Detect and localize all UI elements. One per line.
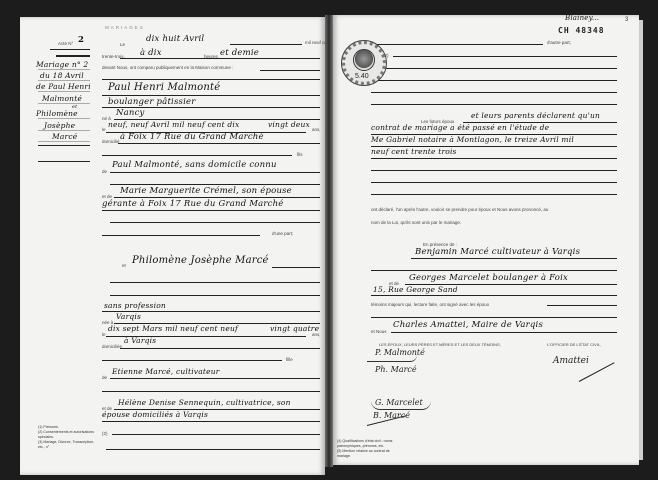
marianne-seal-icon (353, 49, 375, 71)
reference-stamp: CH 48348 (558, 26, 605, 35)
tax-stamp: 5.40 (341, 40, 387, 86)
acte-number: 2 (78, 35, 84, 45)
acte-label: Acte N° (58, 41, 73, 46)
signature-officer: Amattei (553, 356, 589, 366)
mayor-name: Charles Amattei, Maire de Varqis (393, 320, 543, 330)
bride-birthdate: dix sept Mars mil neuf cent neuf (108, 324, 238, 333)
contract-line-3: Me Gabriel notaire à Montlagon, le treiz… (371, 135, 574, 144)
contract-line-1: et leurs parents déclarent qu'un (471, 111, 600, 120)
groom-address: à Foix 17 Rue du Grand Marché (120, 132, 264, 142)
groom-mother-detail: gérante à Foix 17 Rue du Grand Marché (102, 199, 284, 209)
left-page: MARIAGES Acte N° 2 Mariage n° 2 du 18 Av… (20, 17, 325, 475)
bride-name: Philomène Josèphe Marcé (132, 255, 269, 266)
witness-2-address: 15, Rue George Sand (373, 285, 458, 294)
bride-birthplace: Varqis (116, 312, 141, 321)
contract-line-2: contrat de mariage a été passé en l'étud… (371, 123, 549, 132)
date-day-month: dix huit Avril (146, 34, 204, 44)
witness-1: Benjamin Marcé cultivateur à Varqis (415, 247, 580, 257)
witness-2: Georges Marcelet boulanger à Foix (409, 273, 568, 283)
groom-birthplace: Nancy (116, 108, 145, 118)
footnotes-left: (1) Prénoms. (2) Consentements et autori… (38, 425, 98, 450)
bride-mother: Hélène Denise Sennequin, cultivatrice, s… (118, 398, 291, 407)
bride-mother-detail: épouse domiciliés à Varqis (102, 410, 208, 419)
archive-note: Blainey... (565, 15, 599, 22)
bride-profession: sans profession (104, 301, 166, 310)
bride-father: Etienne Marcé, cultivateur (112, 367, 220, 376)
book-gutter (325, 15, 333, 467)
groom-father: Paul Malmonté, sans domicile connu (112, 160, 277, 170)
groom-mother: Marie Marguerite Crémel, son épouse (120, 186, 292, 196)
signature-bride: Ph. Marcé (375, 365, 417, 374)
bride-address: à Varqis (124, 336, 156, 345)
right-page: Blainey... 3 CH 48348 d'autre part; (2) … (333, 15, 639, 465)
groom-age: vingt deux (268, 120, 310, 129)
page-edge (639, 20, 643, 460)
contract-line-4: neuf cent trente trois (371, 147, 457, 156)
footnotes-right: (4) Qualifications d'état civil : noms p… (337, 439, 397, 459)
signatures-heading-left: LES ÉPOUX, LEURS PÈRES ET MÈRES ET LES D… (379, 342, 501, 347)
register-header: MARIAGES (105, 25, 145, 30)
groom-profession: boulanger pâtissier (108, 97, 196, 107)
groom-birthdate: neuf, neuf Avril mil neuf cent dix (108, 120, 239, 129)
declaration-text: ont déclaré, l'un après l'autre, vouloir… (371, 207, 548, 212)
groom-name: Paul Henri Malmonté (108, 82, 220, 93)
signatures-heading-right: L'OFFICIER DE L'ÉTAT CIVIL, (547, 342, 601, 347)
